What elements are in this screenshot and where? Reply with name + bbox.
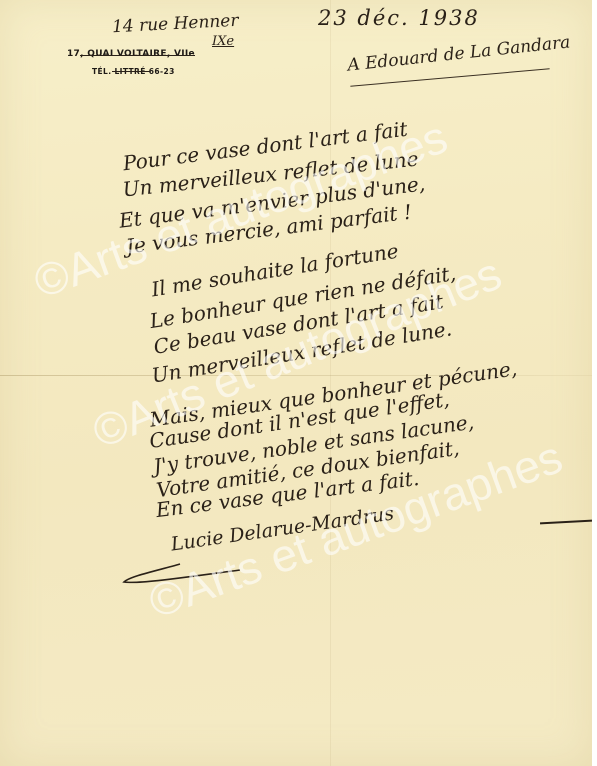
- signature-tail-stroke: [540, 520, 592, 525]
- handwritten-address-arrondissement: IXe: [212, 34, 234, 49]
- phone-strikethrough: [112, 71, 150, 72]
- letterhead-address: 17, QUAI VOLTAIRE, VIIe: [67, 49, 195, 59]
- letter-paper: 14 rue Henner IXe 17, QUAI VOLTAIRE, VII…: [0, 0, 592, 766]
- letter-date: 23 déc. 1938: [318, 6, 480, 30]
- letterhead-strikethrough: [80, 55, 195, 56]
- signature-flourish-icon: [120, 560, 290, 586]
